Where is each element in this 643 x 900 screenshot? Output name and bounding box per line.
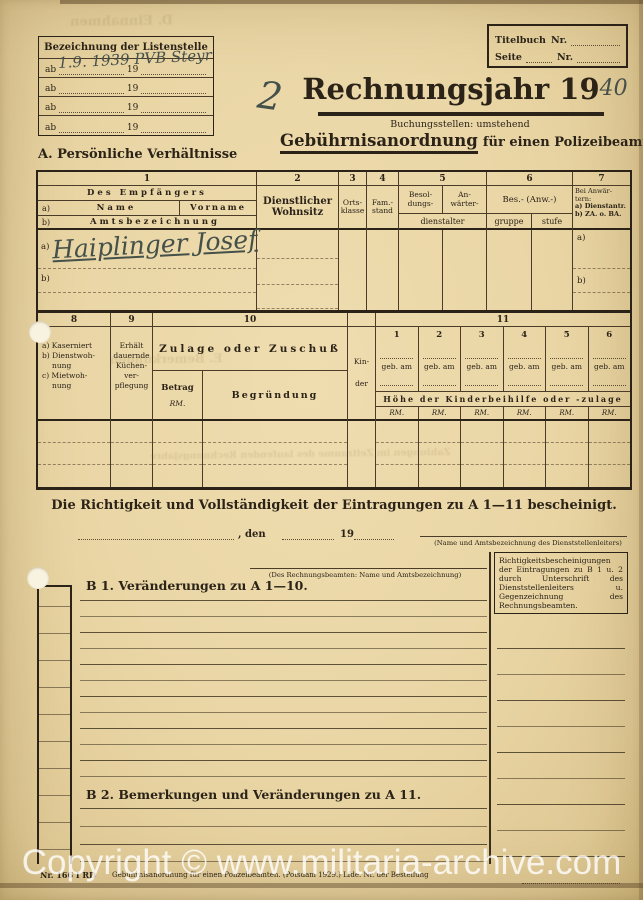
col-num: 4	[367, 172, 398, 186]
rm-label: RM.	[504, 407, 547, 419]
child-col-num: 5	[546, 327, 589, 343]
hole-punch	[27, 567, 49, 589]
form-name-rest: für einen Polizeibeamten	[483, 135, 643, 150]
table1-col3: 3 Orts- klasse	[338, 172, 366, 310]
col2-body	[257, 230, 338, 310]
fill-line	[526, 52, 552, 63]
kitchen-l2: dauernde	[111, 351, 152, 361]
year-prefix: 19	[127, 103, 138, 113]
year-handwriting: 40	[600, 76, 628, 101]
housing-option-c: c) Mietwoh-	[42, 371, 108, 381]
entry-line	[257, 308, 338, 309]
col4-body	[367, 230, 398, 310]
entry-line	[573, 268, 630, 269]
table1-col1: 1 Des Empfängers a) Name Vorname b) Amts…	[38, 172, 256, 310]
listenstelle-row: ab 19	[39, 97, 213, 116]
col-num: 2	[257, 172, 338, 186]
place-line	[78, 529, 234, 540]
b-section-divider	[489, 552, 491, 864]
table1-personal-details: 1 Des Empfängers a) Name Vorname b) Amts…	[36, 170, 632, 312]
ab-label: ab	[45, 84, 56, 94]
kitchen-l1: Erhält	[111, 341, 152, 351]
listenstelle-row: ab 19	[39, 78, 213, 97]
signature-line-row: , den 19 (Name und Amtsbezeichnung des D…	[0, 524, 643, 554]
nr-label: Nr.	[551, 35, 567, 46]
table1-col6: 6 Bes.- (Anw.-) gruppe stufe	[486, 172, 572, 310]
accountant-signature-line	[250, 568, 487, 569]
copyright-watermark: Copyright © www.militaria-archive.com	[0, 843, 643, 883]
entry-a-label: a)	[577, 233, 585, 243]
bes-anw-label: Bes.- (Anw.-)	[487, 186, 572, 214]
fill-line	[59, 122, 124, 133]
entry-line	[153, 464, 202, 465]
vorname-header: Vorname	[180, 201, 256, 215]
housing-option-b: b) Dienstwoh-	[42, 351, 108, 361]
entry-line	[573, 292, 630, 293]
entry-line	[257, 258, 338, 259]
child-col-num: 3	[461, 327, 504, 343]
rm-label: RM.	[589, 407, 631, 419]
entry-b-label: b)	[577, 276, 586, 286]
child-col-num: 4	[504, 327, 547, 343]
fill-line	[141, 102, 206, 113]
page-number-handwriting: 2	[255, 73, 285, 120]
begruendung-label: Begründung	[203, 371, 347, 419]
col-num: 3	[339, 172, 366, 186]
scan-edge-top	[60, 0, 643, 4]
table2-col8: 8 a) Kaserniert b) Dienstwoh- nung c) Mi…	[38, 313, 110, 487]
entry-b-label: b)	[41, 274, 50, 284]
entry-line	[257, 284, 338, 285]
kinder-label: Kin-	[354, 358, 369, 367]
housing-option-a: a) Kaserniert	[42, 341, 108, 351]
col3-title2: klasse	[341, 207, 365, 216]
year-line	[354, 529, 394, 540]
ab-label: ab	[45, 103, 56, 113]
fill-line	[141, 83, 206, 94]
col1-body: a) Haiplinger Josef b)	[38, 230, 256, 310]
ab-label: ab	[45, 123, 56, 133]
section-a-heading: A. Persönliche Verhältnisse	[38, 147, 237, 162]
anwaerter-label2: wärter-	[450, 200, 478, 209]
col-num: 1	[38, 172, 256, 186]
gruppe-label: gruppe	[487, 214, 532, 228]
entry-line	[203, 442, 347, 443]
betrag-body	[153, 421, 203, 487]
col5-body-right	[443, 230, 486, 310]
col1-title: Des Empfängers	[38, 186, 256, 201]
child-col-num: 2	[419, 327, 462, 343]
form-name-heading: Gebührnisanordnung für einen Polizeibeam…	[280, 131, 632, 150]
year-prefix: 19	[127, 84, 138, 94]
geb-am-label: geb. am	[509, 363, 539, 372]
table2-col9: 9 Erhält dauernde Küchen- ver- pflegung	[110, 313, 152, 487]
betrag-label: Betrag	[161, 383, 193, 393]
table2-col11: 11 1 2 3 4 5 6 geb. am geb. am geb. am g…	[375, 313, 630, 487]
col2-title2: Wohnsitz	[272, 207, 323, 218]
kitchen-l3: Küchen-	[111, 361, 152, 371]
fill-line	[141, 122, 206, 133]
col6-body-right	[532, 230, 572, 310]
entry-line	[203, 464, 347, 465]
bleedthrough-text: D. Einnahmen	[70, 13, 173, 29]
child-col-num: 6	[589, 327, 631, 343]
begruendung-body	[203, 421, 347, 487]
hole-punch	[29, 321, 51, 343]
col4-title2: stand	[372, 207, 393, 216]
b2-heading: B 2. Bemerkungen und Veränderungen zu A …	[86, 787, 421, 802]
booking-note: Buchungsstellen: umstehend	[330, 119, 590, 130]
col9-body	[111, 421, 152, 487]
scan-edge-bottom	[0, 883, 643, 888]
hoehe-kinderbeihilfe-label: Höhe der Kinderbeihilfe oder -zulage	[376, 391, 630, 407]
kinder-body	[348, 421, 375, 487]
a-label: a)	[38, 201, 54, 215]
entry-line	[111, 442, 152, 443]
rm-label: RM.	[461, 407, 504, 419]
col-num: 10	[153, 313, 347, 327]
fill-line	[571, 35, 620, 46]
b-certification-note-box: Richtigkeitsbescheinigungen der Eintragu…	[494, 552, 628, 614]
table2-kinder-label-col: Kin- der	[347, 313, 375, 487]
stufe-label: stufe	[532, 214, 572, 228]
col-num: 5	[399, 172, 486, 186]
zulage-title: Zulage oder Zuschuß	[153, 327, 347, 371]
seite-label: Seite	[495, 52, 522, 63]
fill-line	[59, 83, 124, 94]
scan-edge-right	[639, 0, 643, 900]
entry-line	[38, 464, 110, 465]
entry-a-label: a)	[41, 242, 49, 252]
year-prefix: 19	[127, 123, 138, 133]
dienstalter-label: dienstalter	[399, 214, 486, 230]
table1-col2: 2 Dienstlicher Wohnsitz	[256, 172, 338, 310]
col-num: 6	[487, 172, 572, 186]
titelbuch-box: Titelbuch Nr. Seite Nr.	[487, 24, 628, 68]
scanned-form-page: D. Einnahmen E. Bemerkungen Zahlungen im…	[0, 0, 643, 900]
ab-label: ab	[45, 65, 56, 75]
col5-body-left	[399, 230, 443, 310]
entry-line	[38, 442, 110, 443]
kitchen-l4: ver-	[111, 371, 152, 381]
kitchen-l5: pflegung	[111, 381, 152, 391]
leader-signature-line	[420, 536, 627, 537]
geb-am-label: geb. am	[424, 363, 454, 372]
anwaerter-note-l4: b) ZA. o. BA.	[575, 211, 629, 219]
rm-label: RM.	[546, 407, 589, 419]
rm-label: RM.	[419, 407, 462, 419]
col6-body-left	[487, 230, 532, 310]
col7-body: a) b)	[573, 230, 630, 310]
col5-body	[399, 230, 486, 310]
kinder-label2: der	[355, 380, 368, 389]
housing-option-b2: nung	[42, 361, 108, 371]
rm-label: RM.	[170, 399, 186, 408]
col-num: 11	[376, 313, 630, 327]
col-num: 9	[111, 313, 152, 327]
certification-statement: Die Richtigkeit und Vollständigkeit der …	[36, 498, 632, 513]
fill-line	[59, 102, 124, 113]
col8-body	[38, 421, 110, 487]
table1-col4: 4 Fam.- stand	[366, 172, 398, 310]
besoldungs-label2: dungs-	[408, 200, 434, 209]
name-header: Name	[54, 201, 180, 215]
col-num: 7	[573, 172, 630, 186]
col6-body	[487, 230, 572, 310]
geb-am-label: geb. am	[382, 363, 412, 372]
table2-col10: 10 Zulage oder Zuschuß Betrag RM. Begrün…	[152, 313, 347, 487]
entry-line	[38, 292, 256, 293]
col2-title: Dienstlicher	[263, 196, 332, 207]
rm-label: RM.	[376, 407, 419, 419]
b-label: b)	[38, 216, 54, 228]
col10-body	[153, 421, 347, 487]
table2-allowances: 8 a) Kaserniert b) Dienstwoh- nung c) Mi…	[36, 312, 632, 490]
nr-label: Nr.	[557, 52, 573, 63]
b1-heading: B 1. Veränderungen zu A 1—10.	[86, 578, 308, 593]
entry-line	[153, 442, 202, 443]
col3-body	[339, 230, 366, 310]
titelbuch-label: Titelbuch	[495, 35, 546, 46]
fill-line	[577, 52, 620, 63]
geb-am-label: geb. am	[594, 363, 624, 372]
b-left-margin-column	[37, 585, 72, 864]
title-underline	[318, 112, 604, 116]
col11-body	[376, 421, 630, 487]
listenstelle-row: ab 19	[39, 116, 213, 135]
den-label: , den	[238, 529, 266, 540]
table1-col5: 5 Besol- dungs- An- wärter- dienstalter	[398, 172, 486, 310]
geb-am-label: geb. am	[552, 363, 582, 372]
form-name: Gebührnisanordnung	[280, 131, 478, 154]
table1-col7: 7 Bei Anwär- tern: a) Dienstantr. b) ZA.…	[572, 172, 630, 310]
title-block: Rechnungsjahr 1940	[300, 72, 630, 106]
entry-line	[38, 268, 256, 269]
housing-option-c2: nung	[42, 381, 108, 391]
entry-line	[111, 464, 152, 465]
recipient-name-handwriting: Haiplinger Josef	[51, 225, 258, 265]
geb-am-label: geb. am	[467, 363, 497, 372]
date-line	[282, 529, 334, 540]
page-title: Rechnungsjahr 19	[302, 72, 599, 106]
leader-caption: (Name und Amtsbezeichnung des Dienststel…	[428, 539, 628, 547]
year-prefix: 19	[340, 529, 354, 540]
col-num-empty	[348, 313, 375, 327]
child-col-num: 1	[376, 327, 419, 343]
